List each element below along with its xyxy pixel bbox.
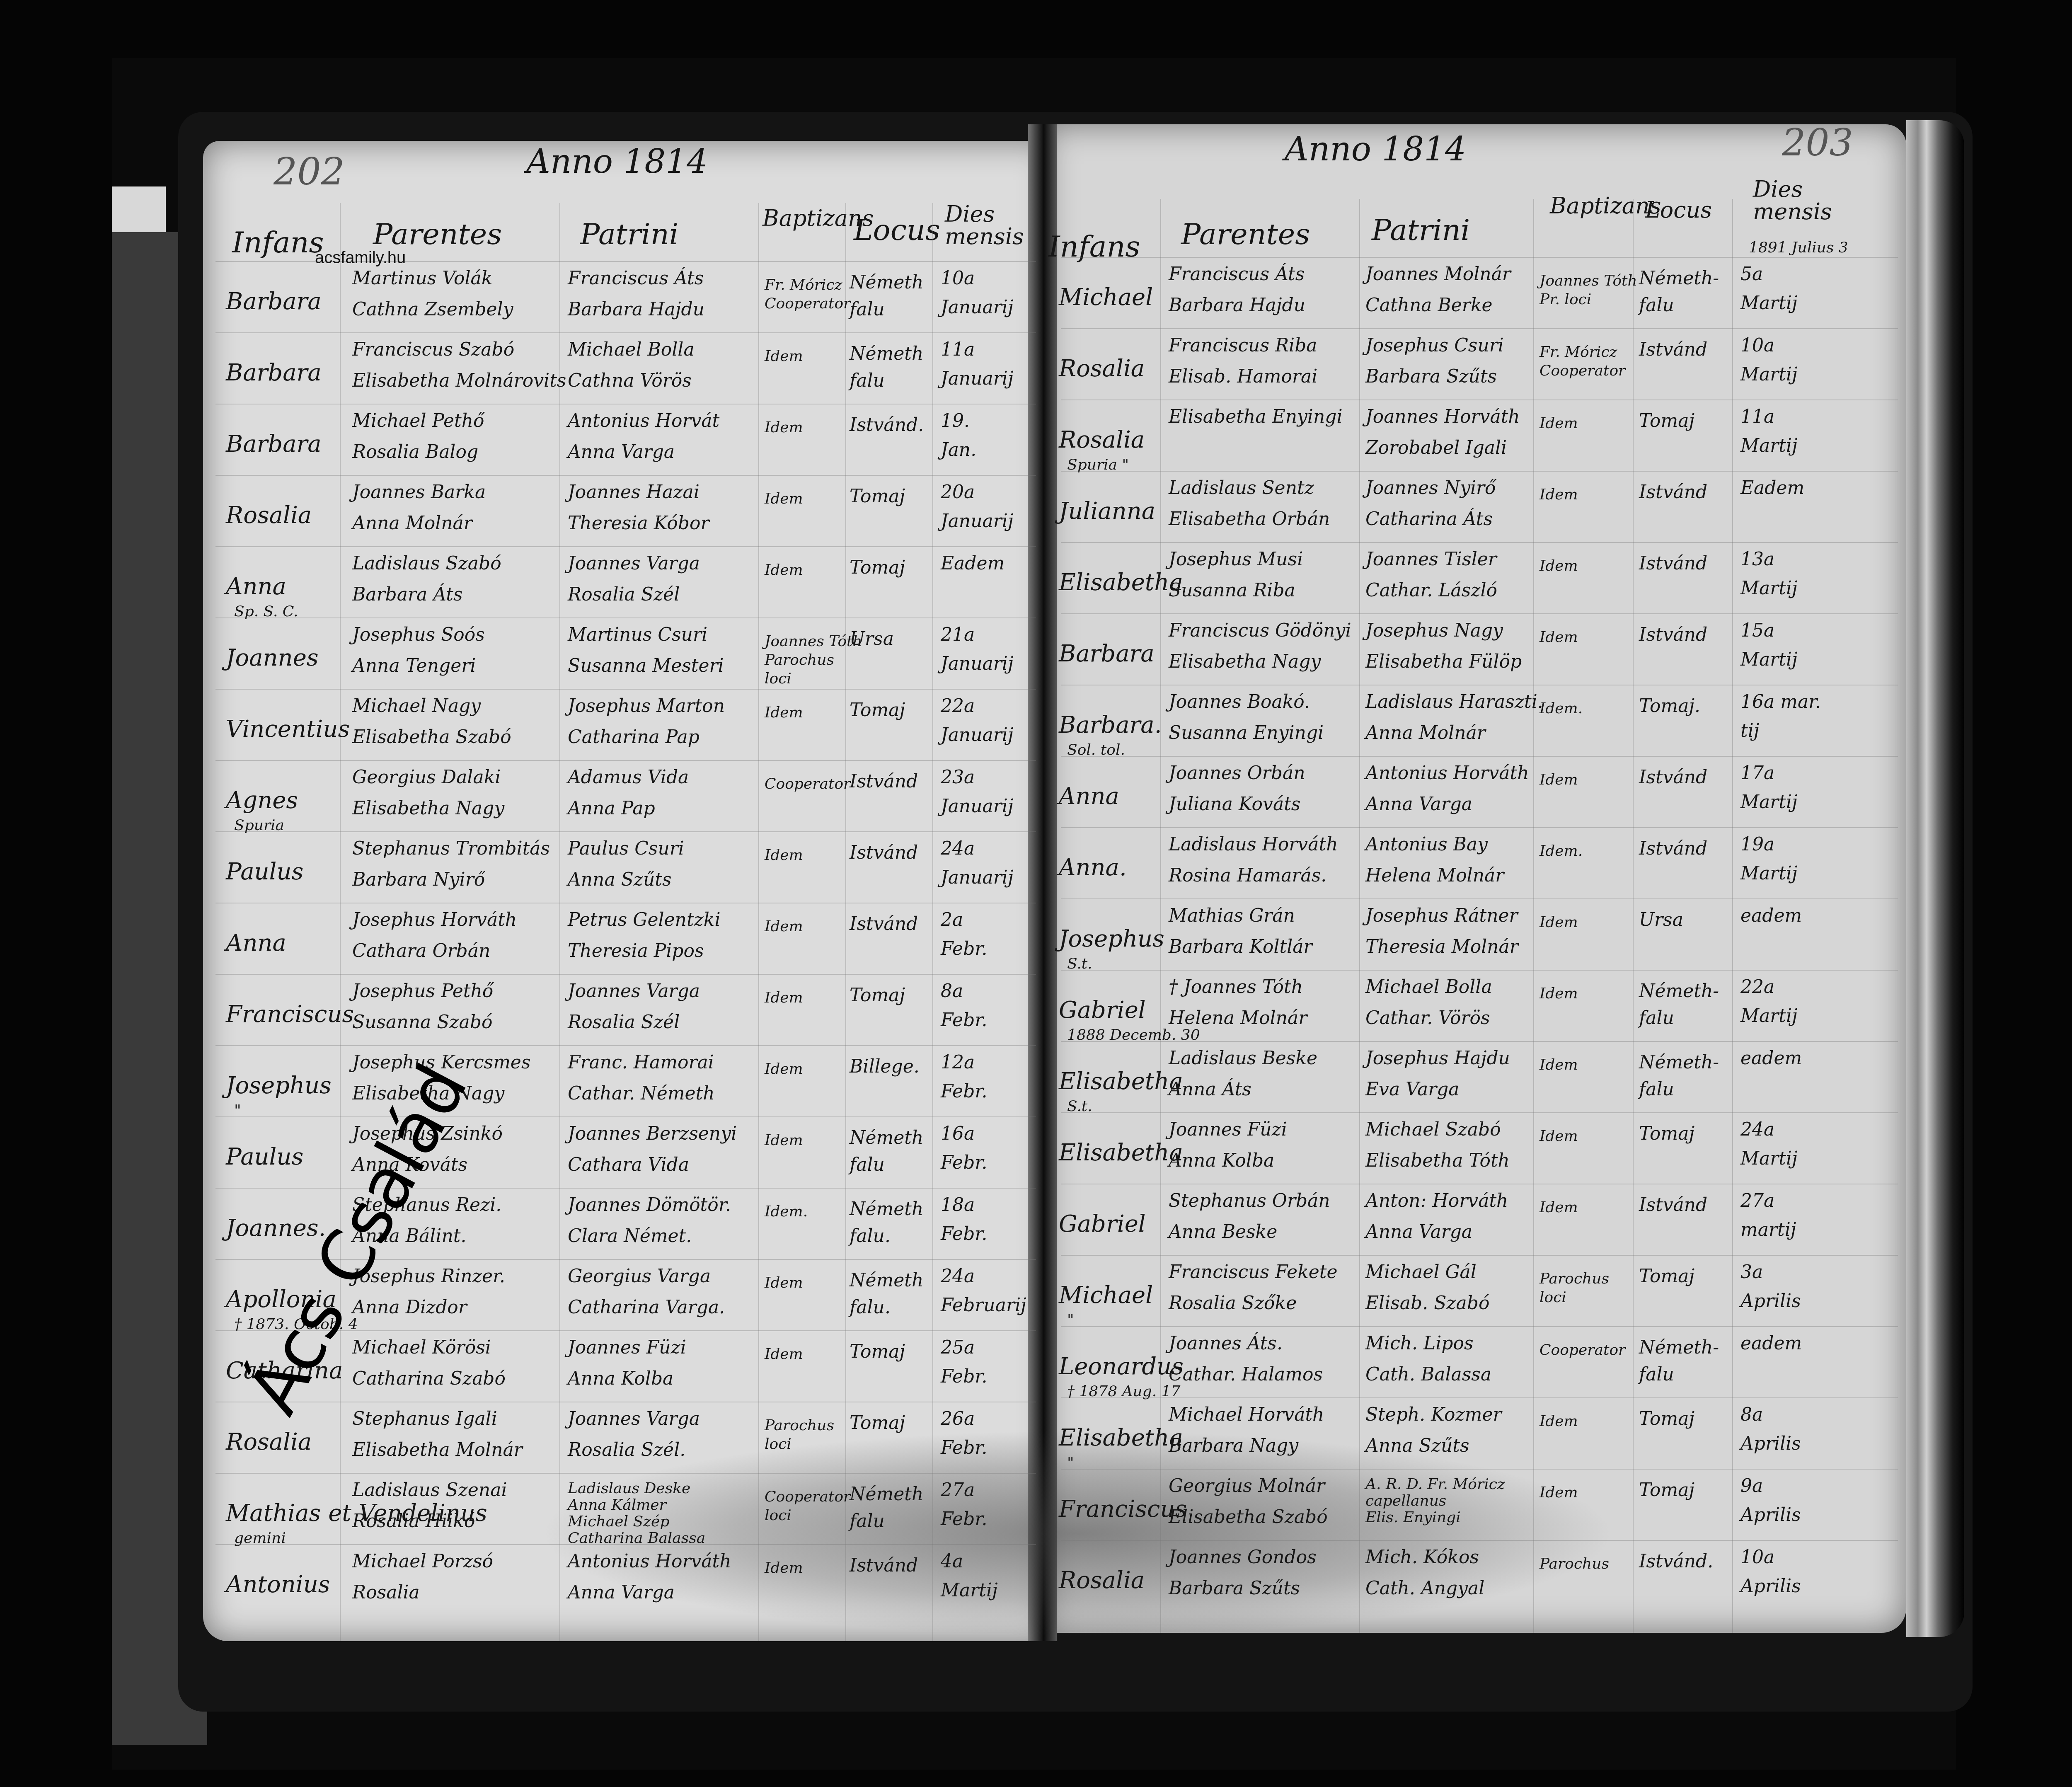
entry-parent: Barbara Nyirő bbox=[352, 871, 485, 889]
entry-parent: Susanna Szabó bbox=[352, 1013, 492, 1032]
entry-place: falu. bbox=[850, 1298, 891, 1317]
entry-infans: Gabriel bbox=[1059, 999, 1146, 1022]
entry-godparent: Catharina Balassa bbox=[568, 1531, 705, 1546]
ruled-line bbox=[1061, 1326, 1898, 1327]
entry-infans-note: † 1878 Aug. 17 bbox=[1067, 1384, 1180, 1399]
entry-infans: Barbara bbox=[226, 290, 322, 313]
entry-parent: Ladislaus Beske bbox=[1169, 1049, 1317, 1068]
ruled-line bbox=[1732, 199, 1733, 1633]
entry-place: Németh- bbox=[1639, 1053, 1719, 1072]
entry-infans: Rosalia bbox=[1059, 429, 1145, 452]
entry-godparent: Anna Szűts bbox=[1365, 1437, 1469, 1455]
entry-parent: Michael Pethő bbox=[352, 412, 484, 430]
entry-date: Aprilis bbox=[1740, 1292, 1801, 1310]
entry-godparent: Anna Varga bbox=[1365, 795, 1472, 814]
entry-baptizer: Idem bbox=[765, 919, 803, 934]
entry-place: Tomaj bbox=[850, 701, 905, 719]
entry-godparent: Cathna Berke bbox=[1365, 296, 1493, 315]
entry-baptizer: Cooperator bbox=[765, 296, 850, 311]
entry-godparent: Theresia Pipos bbox=[568, 942, 704, 960]
entry-baptizer: Idem bbox=[765, 848, 803, 863]
entry-date: Februarij bbox=[941, 1296, 1026, 1315]
entry-date: tij bbox=[1740, 722, 1759, 740]
entry-parent: Joannes Áts. bbox=[1169, 1334, 1283, 1353]
ruled-line bbox=[215, 903, 1036, 903]
entry-date: Martij bbox=[1740, 793, 1798, 811]
ruled-line bbox=[215, 1402, 1036, 1402]
entry-infans: Paulus bbox=[226, 1145, 303, 1169]
entry-godparent: Zorobabel Igali bbox=[1365, 439, 1507, 457]
entry-baptizer: Idem bbox=[765, 1062, 803, 1077]
entry-godparent: Theresia Molnár bbox=[1365, 938, 1518, 956]
entry-date: martij bbox=[1740, 1221, 1796, 1239]
entry-parent: Joannes Boakó. bbox=[1169, 693, 1310, 711]
site-watermark: acsfamily.hu bbox=[315, 249, 406, 267]
left-page-number: 202 bbox=[274, 153, 345, 191]
entry-godparent: Cathar. Vörös bbox=[1365, 1009, 1490, 1027]
entry-place: falu bbox=[850, 372, 885, 390]
entry-date: Aprilis bbox=[1740, 1506, 1801, 1524]
entry-place: Istvánd. bbox=[850, 416, 924, 434]
entry-infans: Rosalia bbox=[226, 504, 312, 527]
entry-infans: Anna. bbox=[1059, 856, 1127, 879]
entry-baptizer: Parochus bbox=[765, 653, 834, 668]
entry-godparent: Georgius Varga bbox=[568, 1267, 711, 1286]
entry-infans: Josephus bbox=[226, 1074, 332, 1097]
entry-godparent: Anna Varga bbox=[568, 1584, 675, 1602]
entry-godparent: Anna Molnár bbox=[1365, 724, 1486, 742]
entry-godparent: Joannes Varga bbox=[568, 982, 700, 1000]
entry-godparent: Barbara Szűts bbox=[1365, 368, 1497, 386]
right-page-number: 203 bbox=[1782, 124, 1853, 162]
entry-godparent: Joannes Hazai bbox=[568, 483, 700, 501]
entry-date: 19a bbox=[1740, 835, 1774, 854]
entry-date: 11a bbox=[941, 341, 975, 359]
entry-date: 16a bbox=[941, 1125, 975, 1143]
entry-date: Martij bbox=[1740, 294, 1798, 312]
ruled-line bbox=[1633, 199, 1634, 1633]
entry-parent: Cathna Zsembely bbox=[352, 300, 513, 319]
entry-godparent: Michael Szép bbox=[568, 1514, 669, 1529]
ruled-line bbox=[1061, 970, 1898, 971]
entry-baptizer: Idem bbox=[1539, 772, 1578, 787]
entry-place: Tomaj bbox=[1639, 1267, 1694, 1286]
entry-godparent: Eva Varga bbox=[1365, 1080, 1460, 1099]
entry-date: 13a bbox=[1740, 550, 1774, 569]
entry-infans: Barbara bbox=[226, 433, 322, 456]
entry-date: 17a bbox=[1740, 764, 1774, 782]
entry-place: Tomaj bbox=[850, 487, 905, 506]
entry-baptizer: loci bbox=[1539, 1290, 1566, 1305]
entry-baptizer: Idem bbox=[1539, 1058, 1578, 1073]
entry-date: 27a bbox=[1740, 1192, 1774, 1210]
entry-date: 27a bbox=[941, 1481, 975, 1499]
entry-godparent: Josephus Csuri bbox=[1365, 337, 1504, 355]
right-col-parentes: Parentes bbox=[1181, 220, 1310, 249]
ruled-line bbox=[215, 475, 1036, 476]
entry-parent: Helena Molnár bbox=[1169, 1009, 1307, 1027]
ruled-line bbox=[215, 332, 1036, 333]
entry-baptizer: Idem bbox=[765, 1347, 803, 1362]
entry-infans-note: " bbox=[1067, 1313, 1074, 1328]
entry-infans-note: Sol. tol. bbox=[1067, 743, 1125, 758]
entry-date: 10a bbox=[1740, 337, 1774, 355]
entry-baptizer: Idem bbox=[1539, 416, 1578, 431]
entry-godparent: Cath. Angyal bbox=[1365, 1579, 1484, 1598]
entry-place: falu bbox=[1639, 1009, 1674, 1027]
entry-place: Németh- bbox=[1639, 982, 1719, 1000]
entry-parent: Georgius Molnár bbox=[1169, 1477, 1325, 1495]
entry-infans-note: S.t. bbox=[1067, 956, 1092, 971]
right-col-dies: Dies mensis bbox=[1753, 178, 1836, 223]
entry-place: falu bbox=[1639, 1366, 1674, 1384]
entry-date: Januarij bbox=[941, 797, 1014, 816]
entry-godparent: Elisabetha Fülöp bbox=[1365, 653, 1522, 671]
entry-date: 8a bbox=[941, 982, 963, 1000]
entry-date: 10a bbox=[1740, 1548, 1774, 1567]
ruled-line bbox=[1061, 400, 1898, 400]
entry-date: Januarij bbox=[941, 869, 1014, 887]
entry-baptizer: Idem bbox=[765, 990, 803, 1005]
entry-parent: Joannes Orbán bbox=[1169, 764, 1305, 782]
entry-godparent: Anna Szűts bbox=[568, 871, 672, 889]
entry-place: falu bbox=[850, 1156, 885, 1174]
entry-place: Németh bbox=[850, 1129, 923, 1147]
entry-infans: Elisabetha bbox=[1059, 1070, 1183, 1093]
ruled-line bbox=[1061, 1469, 1898, 1470]
entry-infans: Barbara bbox=[1059, 642, 1155, 666]
entry-godparent: Mich. Kókos bbox=[1365, 1548, 1479, 1567]
entry-parent: Franciscus Fekete bbox=[1169, 1263, 1338, 1281]
entry-parent: Franciscus Riba bbox=[1169, 337, 1317, 355]
entry-parent: Josephus Pethő bbox=[352, 982, 493, 1000]
entry-infans-note: gemini bbox=[234, 1531, 286, 1546]
entry-godparent: Joannes Molnár bbox=[1365, 265, 1511, 283]
entry-place: Németh- bbox=[1639, 269, 1719, 288]
ruled-line bbox=[215, 1473, 1036, 1474]
entry-parent: Catharina Szabó bbox=[352, 1370, 506, 1388]
entry-godparent: Michael Gál bbox=[1365, 1263, 1477, 1281]
entry-infans: Barbara bbox=[226, 361, 322, 385]
entry-godparent: Anna Varga bbox=[568, 443, 675, 461]
entry-baptizer: Idem bbox=[765, 1561, 803, 1576]
entry-godparent: Catharina Varga. bbox=[568, 1298, 725, 1317]
entry-baptizer: Idem. bbox=[1539, 701, 1583, 716]
entry-baptizer: loci bbox=[765, 1437, 792, 1452]
entry-godparent: Michael Szabó bbox=[1365, 1121, 1501, 1139]
entry-godparent: Martinus Csuri bbox=[568, 626, 707, 644]
entry-godparent: Joannes Varga bbox=[568, 555, 700, 573]
entry-parent: Ladislaus Horváth bbox=[1169, 835, 1338, 854]
entry-parent: Juliana Kováts bbox=[1169, 795, 1300, 814]
entry-godparent: Mich. Lipos bbox=[1365, 1334, 1474, 1353]
entry-place: falu bbox=[850, 1512, 885, 1530]
entry-godparent: Antonius Bay bbox=[1365, 835, 1488, 854]
entry-godparent: Joannes Dömötör. bbox=[568, 1196, 731, 1214]
entry-godparent: Josephus Rátner bbox=[1365, 907, 1518, 925]
entry-baptizer: Cooperator bbox=[765, 777, 850, 792]
entry-infans: Josephus bbox=[1059, 927, 1164, 951]
ruled-line bbox=[1061, 1041, 1898, 1042]
entry-place: Tomaj bbox=[850, 559, 905, 577]
entry-place: falu. bbox=[850, 1227, 891, 1245]
entry-godparent: Paulus Csuri bbox=[568, 840, 684, 858]
ruled-line bbox=[215, 617, 1036, 618]
entry-parent: Josephus Soós bbox=[352, 626, 485, 644]
entry-date: 18a bbox=[941, 1196, 975, 1214]
entry-date: Eadem bbox=[1740, 479, 1804, 497]
entry-godparent: Anna Pap bbox=[568, 799, 655, 818]
entry-date: Febr. bbox=[941, 1510, 988, 1528]
ruled-line bbox=[215, 1544, 1036, 1545]
ruled-line bbox=[932, 203, 933, 1641]
entry-place: Tomaj. bbox=[1639, 697, 1700, 715]
entry-baptizer: Idem bbox=[765, 705, 803, 720]
entry-godparent: Cathna Vörös bbox=[568, 372, 692, 390]
right-col-locus: Locus bbox=[1645, 199, 1712, 221]
entry-date: 24a bbox=[941, 840, 975, 858]
entry-date: Febr. bbox=[941, 1154, 988, 1172]
entry-godparent: A. R. D. Fr. Móricz bbox=[1365, 1477, 1505, 1492]
entry-date: Febr. bbox=[941, 940, 988, 958]
entry-baptizer: Idem bbox=[765, 492, 803, 506]
entry-baptizer: Idem bbox=[1539, 1485, 1578, 1500]
entry-godparent: Cathar. László bbox=[1365, 581, 1497, 600]
entry-baptizer: Idem bbox=[765, 563, 803, 578]
entry-infans-note: Sp. S. C. bbox=[234, 604, 298, 619]
right-page-title: Anno 1814 bbox=[1285, 133, 1466, 166]
entry-place: Istvánd bbox=[1639, 483, 1707, 501]
entry-infans: Franciscus bbox=[226, 1003, 354, 1026]
entry-godparent: Franc. Hamorai bbox=[568, 1053, 714, 1072]
ruled-line bbox=[1533, 199, 1534, 1633]
left-col-infans: Infans bbox=[232, 228, 324, 257]
entry-baptizer: Parochus bbox=[765, 1418, 834, 1433]
entry-infans: Elisabetha bbox=[1059, 1141, 1183, 1165]
entry-parent: Stephanus Trombitás bbox=[352, 840, 550, 858]
entry-date: Martij bbox=[1740, 1007, 1798, 1025]
entry-parent: Josephus Horváth bbox=[352, 911, 517, 929]
entry-date: Januarij bbox=[941, 370, 1014, 388]
ruled-line bbox=[1061, 471, 1898, 472]
entry-place: Istvánd bbox=[1639, 1196, 1707, 1214]
entry-infans: Anna bbox=[226, 932, 286, 955]
entry-date: 11a bbox=[1740, 408, 1774, 426]
entry-infans: Agnes bbox=[226, 789, 298, 812]
entry-date: Febr. bbox=[941, 1082, 988, 1101]
entry-parent: Rosalia Szőke bbox=[1169, 1294, 1297, 1312]
entry-date: Martij bbox=[1740, 1150, 1798, 1168]
entry-parent: Stephanus Igali bbox=[352, 1410, 497, 1428]
entry-infans: Gabriel bbox=[1059, 1213, 1146, 1236]
entry-godparent: Antonius Horváth bbox=[1365, 764, 1529, 782]
entry-infans: Paulus bbox=[226, 860, 303, 884]
entry-infans: Rosalia bbox=[1059, 1569, 1145, 1592]
entry-godparent: Cath. Balassa bbox=[1365, 1366, 1491, 1384]
entry-parent: Martinus Volák bbox=[352, 269, 493, 288]
ruled-line bbox=[215, 974, 1036, 975]
right-col-baptizans: Baptizans bbox=[1550, 195, 1661, 217]
ruled-line bbox=[845, 203, 846, 1641]
entry-place: Istvánd bbox=[1639, 341, 1707, 359]
entry-baptizer: Idem. bbox=[765, 1204, 808, 1219]
entry-date: 23a bbox=[941, 768, 975, 787]
ruled-line bbox=[1061, 1112, 1898, 1113]
ruled-line bbox=[1061, 827, 1898, 828]
entry-date: 9a bbox=[1740, 1477, 1763, 1495]
entry-parent: Elisabetha Orbán bbox=[1169, 510, 1330, 528]
entry-godparent: Anna Kolba bbox=[568, 1370, 673, 1388]
entry-godparent: Adamus Vida bbox=[568, 768, 689, 787]
entry-godparent: Rosalia Szél. bbox=[568, 1441, 685, 1459]
entry-parent: Barbara Szűts bbox=[1169, 1579, 1300, 1598]
entry-godparent: Catharina Áts bbox=[1365, 510, 1493, 528]
entry-date: 24a bbox=[1740, 1121, 1774, 1139]
entry-infans: Elisabetha bbox=[1059, 1426, 1183, 1450]
entry-place: Istvánd bbox=[1639, 768, 1707, 787]
entry-infans: Antonius bbox=[226, 1573, 330, 1596]
ruled-line bbox=[1061, 1540, 1898, 1541]
ruled-line bbox=[1061, 1397, 1898, 1398]
entry-parent: Mathias Grán bbox=[1169, 907, 1295, 925]
entry-parent: Franciscus Áts bbox=[1169, 265, 1305, 283]
entry-date: 3a bbox=[1740, 1263, 1763, 1281]
entry-godparent: Helena Molnár bbox=[1365, 867, 1504, 885]
entry-place: falu bbox=[850, 300, 885, 319]
entry-infans: Elisabetha bbox=[1059, 571, 1183, 594]
entry-place: Tomaj bbox=[1639, 1125, 1694, 1143]
entry-godparent: Joannes Varga bbox=[568, 1410, 700, 1428]
entry-parent: Anna Tengeri bbox=[352, 657, 476, 675]
ruled-line bbox=[215, 831, 1036, 832]
ruled-line bbox=[1061, 685, 1898, 685]
entry-godparent: Michael Bolla bbox=[568, 341, 695, 359]
entry-place: Tomaj bbox=[850, 1414, 905, 1432]
entry-godparent: Joannes Horváth bbox=[1365, 408, 1520, 426]
entry-place: Németh- bbox=[1639, 1339, 1719, 1357]
entry-baptizer: Idem. bbox=[1539, 844, 1583, 859]
entry-date: 26a bbox=[941, 1410, 975, 1428]
ruled-line bbox=[1061, 613, 1898, 614]
entry-infans: Rosalia bbox=[226, 1431, 312, 1454]
entry-parent: Barbara Nagy bbox=[1169, 1437, 1298, 1455]
entry-godparent: Anna Varga bbox=[1365, 1223, 1472, 1241]
entry-place: Tomaj bbox=[1639, 412, 1694, 430]
entry-parent: Susanna Riba bbox=[1169, 581, 1295, 600]
book-spine bbox=[1028, 124, 1057, 1641]
left-page-title: Anno 1814 bbox=[526, 145, 708, 178]
entry-infans-note: 1888 Decemb. 30 bbox=[1067, 1028, 1200, 1043]
ruled-line bbox=[215, 1116, 1036, 1117]
entry-parent: Michael Nagy bbox=[352, 697, 481, 715]
entry-godparent: Cathara Vida bbox=[568, 1156, 689, 1174]
entry-date: Febr. bbox=[941, 1368, 988, 1386]
entry-parent: Georgius Dalaki bbox=[352, 768, 501, 787]
entry-parent: Elisabetha Nagy bbox=[352, 799, 504, 818]
entry-date: Eadem bbox=[941, 555, 1005, 573]
entry-baptizer: Pr. loci bbox=[1539, 292, 1591, 307]
entry-parent: Anna Áts bbox=[1169, 1080, 1251, 1099]
entry-baptizer: loci bbox=[765, 671, 792, 686]
entry-parent: Anna Kolba bbox=[1169, 1152, 1274, 1170]
entry-place: Tomaj bbox=[850, 986, 905, 1005]
entry-baptizer: Parochus bbox=[1539, 1271, 1609, 1286]
entry-godparent: Elisabetha Tóth bbox=[1365, 1152, 1510, 1170]
entry-parent: Anna Molnár bbox=[352, 514, 472, 533]
entry-parent: Stephanus Orbán bbox=[1169, 1192, 1330, 1210]
entry-parent: Elisab. Hamorai bbox=[1169, 368, 1317, 386]
entry-date: 16a mar. bbox=[1740, 693, 1821, 711]
entry-infans: Rosalia bbox=[1059, 357, 1145, 380]
entry-baptizer: Parochus bbox=[1539, 1557, 1609, 1571]
entry-place: Istvánd bbox=[1639, 840, 1707, 858]
entry-baptizer: Idem bbox=[1539, 559, 1578, 574]
entry-date: 12a bbox=[941, 1053, 975, 1072]
entry-godparent: Joannes Tisler bbox=[1365, 550, 1497, 569]
ruled-line bbox=[215, 546, 1036, 547]
entry-parent: Rosalia bbox=[352, 1584, 420, 1602]
entry-date: Aprilis bbox=[1740, 1435, 1801, 1453]
entry-place: Istvánd bbox=[850, 1557, 918, 1575]
left-col-patrini: Patrini bbox=[580, 220, 678, 249]
entry-place: Istvánd bbox=[1639, 555, 1707, 573]
entry-parent: Franciscus Gödönyi bbox=[1169, 622, 1351, 640]
entry-godparent: Franciscus Áts bbox=[568, 269, 704, 288]
entry-margin-note: 1891 Julius 3 bbox=[1749, 240, 1848, 255]
ruled-line bbox=[1160, 199, 1161, 1633]
entry-godparent: Antonius Horvát bbox=[568, 412, 719, 430]
entry-date: Febr. bbox=[941, 1011, 988, 1029]
entry-baptizer: Cooperator bbox=[1539, 363, 1625, 378]
entry-date: Martij bbox=[1740, 864, 1798, 883]
entry-baptizer: Idem bbox=[765, 1133, 803, 1148]
entry-godparent: Michael Bolla bbox=[1365, 978, 1492, 996]
entry-date: 20a bbox=[941, 483, 975, 501]
entry-godparent: Antonius Horváth bbox=[568, 1552, 731, 1571]
entry-date: Febr. bbox=[941, 1439, 988, 1457]
entry-godparent: Joannes Füzi bbox=[568, 1339, 686, 1357]
entry-baptizer: Idem bbox=[1539, 487, 1578, 502]
entry-infans: Leonardus bbox=[1059, 1355, 1184, 1378]
entry-date: 22a bbox=[941, 697, 975, 715]
ruled-line bbox=[215, 760, 1036, 761]
entry-place: Istvánd bbox=[850, 772, 918, 791]
entry-date: Martij bbox=[1740, 651, 1798, 669]
entry-place: Ursa bbox=[850, 630, 894, 648]
entry-baptizer: Joannes Tóth bbox=[765, 634, 862, 649]
entry-parent: Michael Körösi bbox=[352, 1339, 491, 1357]
entry-parent: Barbara Áts bbox=[352, 586, 463, 604]
entry-parent: Josephus Musi bbox=[1169, 550, 1303, 569]
entry-baptizer: Idem bbox=[765, 349, 803, 364]
entry-parent: Elisabetha Nagy bbox=[1169, 653, 1321, 671]
entry-godparent: Joannes Berzsenyi bbox=[568, 1125, 737, 1143]
entry-infans-note: " bbox=[234, 1103, 241, 1118]
entry-date: 4a bbox=[941, 1552, 963, 1571]
entry-date: Januarij bbox=[941, 298, 1014, 317]
entry-infans: Michael bbox=[1059, 286, 1153, 309]
entry-date: eadem bbox=[1740, 1334, 1802, 1353]
entry-parent: Joannes Barka bbox=[352, 483, 486, 501]
entry-godparent: Clara Német. bbox=[568, 1227, 692, 1245]
entry-date: Febr. bbox=[941, 1225, 988, 1243]
entry-parent: Cathar. Halamos bbox=[1169, 1366, 1323, 1384]
entry-baptizer: Joannes Tóth bbox=[1539, 274, 1637, 288]
ruled-line bbox=[215, 1045, 1036, 1046]
ruled-line bbox=[758, 203, 759, 1641]
left-col-locus: Locus bbox=[854, 216, 940, 245]
entry-infans: Michael bbox=[1059, 1284, 1153, 1307]
